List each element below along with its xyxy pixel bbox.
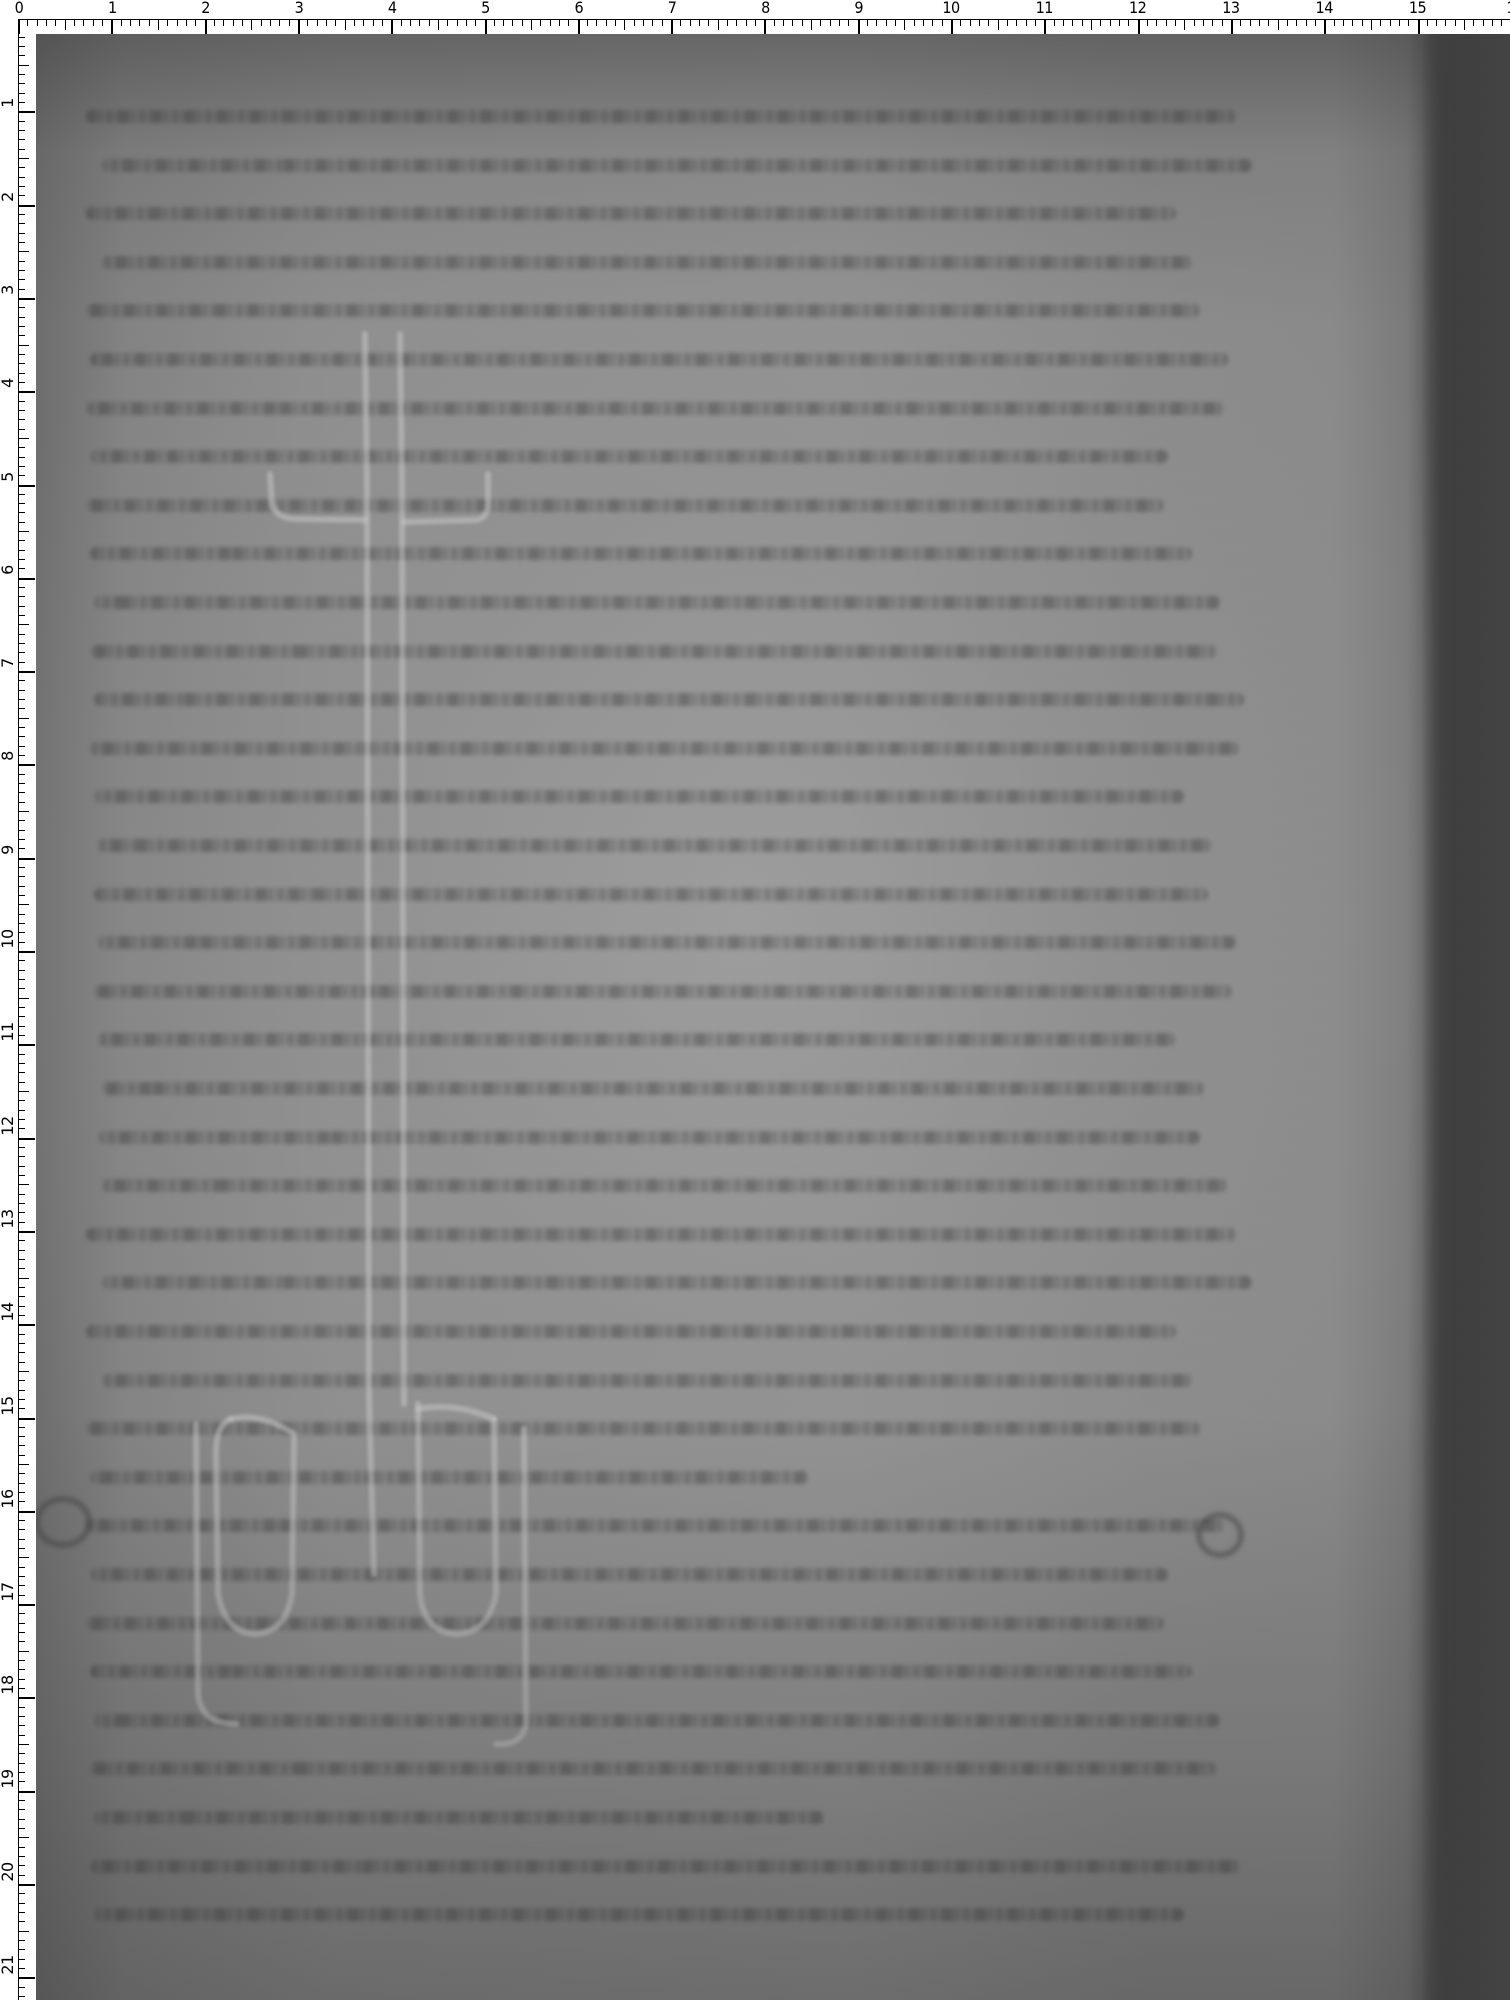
- left-ruler-tick: [18, 186, 25, 187]
- left-ruler-tick: [18, 1026, 25, 1027]
- left-ruler-tick: [18, 839, 25, 840]
- left-ruler-tick: [18, 615, 25, 616]
- left-ruler-tick: [18, 345, 29, 346]
- left-ruler-tick: [18, 1240, 25, 1241]
- left-ruler-tick: [18, 886, 25, 887]
- top-ruler-tick: [830, 19, 831, 26]
- top-ruler-label: 14: [1316, 0, 1333, 16]
- top-ruler-tick: [1464, 19, 1465, 30]
- left-ruler-tick: [18, 1707, 25, 1708]
- top-ruler-tick: [1315, 19, 1316, 26]
- top-ruler-tick: [466, 19, 467, 26]
- left-ruler-label: 17: [0, 1582, 16, 1601]
- left-ruler-label: 4: [0, 378, 16, 388]
- left-ruler-label: 11: [0, 1023, 16, 1042]
- left-ruler-tick: [18, 671, 35, 673]
- top-ruler-tick: [1026, 19, 1027, 26]
- left-ruler-tick: [18, 1194, 25, 1195]
- left-ruler-tick: [18, 1455, 25, 1456]
- top-ruler-tick: [755, 19, 756, 26]
- top-ruler-tick: [1035, 19, 1036, 26]
- top-ruler-tick: [858, 19, 860, 34]
- left-ruler-tick: [18, 1781, 25, 1782]
- left-ruler-tick: [18, 1959, 25, 1960]
- left-ruler-label: 10: [0, 929, 16, 948]
- left-ruler-tick: [18, 429, 25, 430]
- left-ruler-label: 18: [0, 1676, 16, 1695]
- top-ruler-tick: [158, 19, 159, 30]
- top-ruler-tick: [121, 19, 122, 26]
- left-ruler-tick: [18, 363, 25, 364]
- top-ruler-tick: [811, 19, 812, 30]
- left-ruler-tick: [18, 1501, 25, 1502]
- left-ruler-label: 12: [0, 1116, 16, 1135]
- top-ruler-tick: [149, 19, 150, 26]
- top-ruler-tick: [624, 19, 625, 30]
- top-ruler-tick: [1231, 19, 1233, 34]
- top-ruler-tick: [317, 19, 318, 26]
- left-ruler-tick: [18, 774, 25, 775]
- left-ruler-tick: [18, 1977, 35, 1979]
- top-ruler-label: 8: [761, 0, 770, 16]
- left-ruler-tick: [18, 1445, 25, 1446]
- left-ruler-tick: [18, 923, 25, 924]
- left-ruler-tick: [18, 214, 25, 215]
- top-ruler-tick: [699, 19, 700, 26]
- left-ruler-label: 20: [0, 1862, 16, 1881]
- top-ruler-tick: [1110, 19, 1111, 26]
- top-ruler-tick: [1287, 19, 1288, 26]
- top-ruler-tick: [401, 19, 402, 26]
- left-ruler-tick: [18, 1520, 25, 1521]
- top-ruler-tick: [1175, 19, 1176, 26]
- left-ruler-tick: [18, 568, 25, 569]
- top-ruler-tick: [475, 19, 476, 26]
- left-ruler-tick: [18, 1660, 25, 1661]
- left-ruler-tick: [18, 1296, 25, 1297]
- top-ruler-tick: [540, 19, 541, 26]
- left-ruler-label: 9: [0, 845, 16, 855]
- left-ruler-tick: [18, 307, 25, 308]
- left-ruler-tick: [18, 1362, 25, 1363]
- top-ruler-tick: [289, 19, 290, 26]
- top-ruler-tick: [1194, 19, 1195, 26]
- left-ruler-tick: [18, 914, 25, 915]
- left-ruler-tick: [18, 1334, 25, 1335]
- top-ruler-label: 11: [1036, 0, 1053, 16]
- top-ruler-tick: [298, 19, 300, 34]
- left-ruler-tick: [18, 876, 25, 877]
- top-ruler-tick: [802, 19, 803, 26]
- left-ruler-tick: [18, 1315, 25, 1316]
- left-ruler-tick: [18, 830, 25, 831]
- left-ruler-tick: [18, 1688, 25, 1689]
- left-ruler-tick: [18, 820, 25, 821]
- left-ruler-tick: [18, 1082, 25, 1083]
- left-ruler-tick: [18, 139, 25, 140]
- left-ruler-tick: [18, 1175, 25, 1176]
- left-ruler-tick: [18, 1343, 25, 1344]
- top-ruler-tick: [979, 19, 980, 26]
- left-ruler-tick: [18, 223, 25, 224]
- left-ruler-tick: [18, 65, 29, 66]
- top-ruler-tick: [83, 19, 84, 26]
- top-ruler-tick: [764, 19, 766, 34]
- top-ruler-tick: [643, 19, 644, 26]
- left-ruler-tick: [18, 1427, 25, 1428]
- left-ruler-tick: [18, 1679, 25, 1680]
- left-ruler-tick: [18, 802, 25, 803]
- left-ruler-tick: [18, 158, 29, 159]
- top-ruler-tick: [373, 19, 374, 26]
- left-ruler-tick: [18, 1091, 29, 1092]
- left-ruler-tick: [18, 1912, 25, 1913]
- left-ruler-tick: [18, 1772, 25, 1773]
- right-margin-ink-mark: [1196, 1512, 1244, 1558]
- top-ruler-tick: [1268, 19, 1269, 26]
- top-ruler-tick: [1100, 19, 1101, 26]
- top-ruler-tick: [1147, 19, 1148, 26]
- top-ruler-label: 3: [295, 0, 304, 16]
- left-ruler-label: 15: [0, 1396, 16, 1415]
- top-ruler-tick: [1278, 19, 1279, 30]
- left-ruler-tick: [18, 1725, 25, 1726]
- left-ruler-tick: [18, 1595, 25, 1596]
- top-ruler-tick: [354, 19, 355, 26]
- top-ruler-tick: [1119, 19, 1120, 26]
- top-ruler-tick: [205, 19, 207, 34]
- top-ruler-tick: [960, 19, 961, 26]
- left-ruler-tick: [18, 848, 25, 849]
- left-ruler-tick: [18, 447, 25, 448]
- left-ruler-tick: [18, 783, 25, 784]
- left-ruler-tick: [18, 1632, 25, 1633]
- left-ruler-tick: [18, 1035, 25, 1036]
- left-ruler-tick: [18, 559, 25, 560]
- left-ruler-tick: [18, 1184, 29, 1185]
- left-ruler-tick: [18, 1128, 25, 1129]
- top-ruler-tick: [596, 19, 597, 26]
- top-ruler-tick: [1501, 19, 1502, 26]
- left-ruler-tick: [18, 167, 25, 168]
- top-ruler-tick: [167, 19, 168, 26]
- left-ruler-tick: [18, 1996, 25, 1997]
- top-ruler-tick: [783, 19, 784, 26]
- left-ruler-tick: [18, 1585, 25, 1586]
- top-ruler-tick: [1362, 19, 1363, 26]
- left-ruler-tick: [18, 1418, 35, 1420]
- left-ruler-tick: [18, 1492, 25, 1493]
- left-ruler-tick: [18, 643, 25, 644]
- top-ruler-tick: [914, 19, 915, 26]
- top-ruler-tick: [1399, 19, 1400, 26]
- left-ruler-tick: [18, 531, 29, 532]
- top-ruler-tick: [1427, 19, 1428, 26]
- top-ruler-tick: [494, 19, 495, 26]
- left-ruler-label: 21: [0, 1956, 16, 1975]
- top-ruler-tick: [839, 19, 840, 26]
- left-ruler-tick: [18, 1380, 25, 1381]
- left-ruler-tick: [18, 1511, 35, 1513]
- left-ruler-tick: [18, 1884, 35, 1886]
- left-ruler-tick: [18, 1138, 35, 1140]
- left-ruler-tick: [18, 1735, 25, 1736]
- left-ruler-tick: [18, 1007, 25, 1008]
- top-ruler: 01234567891011121314151: [0, 0, 1510, 34]
- left-ruler-tick: [18, 205, 35, 207]
- left-ruler-label: 8: [0, 752, 16, 762]
- left-ruler-tick: [18, 942, 25, 943]
- top-ruler-tick: [727, 19, 728, 26]
- top-ruler-tick: [1492, 19, 1493, 26]
- left-ruler-tick: [18, 251, 29, 252]
- left-ruler-tick: [18, 1072, 25, 1073]
- left-ruler-tick: [18, 708, 25, 709]
- left-ruler-label: 7: [0, 658, 16, 668]
- left-ruler-tick: [18, 596, 25, 597]
- left-ruler-tick: [18, 746, 25, 747]
- left-ruler-tick: [18, 149, 25, 150]
- top-ruler-tick: [345, 19, 346, 30]
- left-ruler-tick: [18, 1464, 29, 1465]
- top-ruler-tick: [522, 19, 523, 26]
- top-ruler-tick: [102, 19, 103, 26]
- left-ruler-tick: [18, 1716, 25, 1717]
- left-ruler-tick: [18, 1856, 25, 1857]
- left-ruler-tick: [18, 391, 35, 393]
- left-ruler-tick: [18, 1259, 25, 1260]
- top-ruler-tick: [485, 19, 487, 34]
- left-ruler-tick: [18, 1016, 25, 1017]
- top-ruler-label: 0: [15, 0, 24, 16]
- left-ruler-tick: [18, 1949, 25, 1950]
- top-ruler-tick: [1483, 19, 1484, 26]
- top-ruler-tick: [718, 19, 719, 30]
- left-ruler-tick: [18, 1054, 25, 1055]
- left-ruler-tick: [18, 1268, 25, 1269]
- top-ruler-tick: [680, 19, 681, 26]
- left-ruler-tick: [18, 1753, 25, 1754]
- top-ruler-tick: [410, 19, 411, 26]
- left-ruler-tick: [18, 998, 29, 999]
- top-ruler-label: 15: [1409, 0, 1426, 16]
- top-ruler-tick: [708, 19, 709, 26]
- left-ruler-tick: [18, 130, 25, 131]
- dark-background-band: [1421, 34, 1510, 2000]
- left-ruler-tick: [18, 792, 25, 793]
- top-ruler-tick: [326, 19, 327, 26]
- top-ruler-tick: [111, 19, 113, 34]
- left-ruler-tick: [18, 1203, 25, 1204]
- top-ruler-tick: [391, 19, 393, 34]
- left-ruler-tick: [18, 764, 35, 766]
- left-ruler-tick: [18, 1931, 29, 1932]
- left-ruler-tick: [18, 1613, 25, 1614]
- top-ruler-tick: [382, 19, 383, 26]
- left-ruler-tick: [18, 1837, 29, 1838]
- left-ruler-tick: [18, 1371, 29, 1372]
- left-ruler-tick: [18, 1473, 25, 1474]
- left-ruler-tick: [18, 979, 25, 980]
- top-ruler-tick: [457, 19, 458, 26]
- manuscript-scan: [36, 34, 1510, 2000]
- top-ruler-tick: [904, 19, 905, 30]
- top-ruler-tick: [429, 19, 430, 26]
- top-ruler-tick: [438, 19, 439, 30]
- left-ruler-tick: [18, 624, 29, 625]
- left-ruler-tick: [18, 317, 25, 318]
- left-ruler-label: 6: [0, 565, 16, 575]
- top-ruler-tick: [447, 19, 448, 26]
- left-ruler-tick: [18, 904, 29, 905]
- left-ruler-tick: [18, 550, 25, 551]
- left-ruler-label: 2: [0, 192, 16, 202]
- top-ruler-tick: [270, 19, 271, 26]
- top-ruler-tick: [1418, 19, 1420, 34]
- left-ruler-tick: [18, 1156, 25, 1157]
- top-ruler-tick: [1016, 19, 1017, 26]
- left-ruler-tick: [18, 74, 25, 75]
- left-ruler-tick: [18, 1968, 25, 1969]
- left-ruler-tick: [18, 1651, 29, 1652]
- top-ruler-tick: [792, 19, 793, 26]
- left-ruler-tick: [18, 466, 25, 467]
- left-ruler-tick: [18, 494, 25, 495]
- top-ruler-tick: [746, 19, 747, 26]
- top-ruler-tick: [820, 19, 821, 26]
- top-ruler-tick: [1436, 19, 1437, 26]
- left-ruler-tick: [18, 102, 25, 103]
- left-ruler-label: 3: [0, 285, 16, 295]
- top-ruler-label: 5: [481, 0, 490, 16]
- left-ruler-tick: [18, 1875, 25, 1876]
- left-ruler-tick: [18, 1483, 25, 1484]
- top-ruler-label: 6: [574, 0, 583, 16]
- left-ruler-tick: [18, 1100, 25, 1101]
- left-ruler-tick: [18, 951, 35, 953]
- top-ruler-label: 4: [388, 0, 397, 16]
- top-ruler-tick: [876, 19, 877, 26]
- top-ruler-tick: [774, 19, 775, 26]
- top-ruler-tick: [942, 19, 943, 26]
- top-ruler-tick: [1044, 19, 1046, 34]
- top-ruler-tick: [233, 19, 234, 26]
- left-ruler-tick: [18, 401, 25, 402]
- top-ruler-tick: [1063, 19, 1064, 26]
- top-ruler-tick: [988, 19, 989, 26]
- left-ruler-tick: [18, 195, 25, 196]
- left-ruler-label: 16: [0, 1489, 16, 1508]
- top-ruler-tick: [335, 19, 336, 26]
- left-ruler-tick: [18, 1352, 25, 1353]
- top-ruler-tick: [951, 19, 953, 34]
- left-ruler-tick: [18, 1044, 35, 1046]
- left-ruler-tick: [18, 410, 25, 411]
- top-ruler-label: 12: [1129, 0, 1146, 16]
- left-ruler-tick: [18, 634, 25, 635]
- top-ruler-tick: [1072, 19, 1073, 26]
- left-ruler-tick: [18, 111, 35, 113]
- left-ruler-tick: [18, 1287, 25, 1288]
- top-ruler-tick: [1091, 19, 1092, 30]
- left-ruler-tick: [18, 512, 25, 513]
- left-ruler-tick: [18, 1119, 25, 1120]
- top-ruler-tick: [1212, 19, 1213, 26]
- top-ruler-tick: [1240, 19, 1241, 26]
- top-ruler-tick: [1166, 19, 1167, 26]
- top-ruler-tick: [867, 19, 868, 26]
- left-ruler-tick: [18, 1865, 25, 1866]
- left-ruler-tick: [18, 438, 29, 439]
- top-ruler-tick: [662, 19, 663, 26]
- top-ruler-tick: [634, 19, 635, 26]
- top-ruler-tick: [1445, 19, 1446, 26]
- left-ruler-tick: [18, 1548, 25, 1549]
- top-ruler-tick: [27, 19, 28, 26]
- top-ruler-tick: [531, 19, 532, 30]
- top-ruler-tick: [251, 19, 252, 30]
- left-ruler-tick: [18, 1576, 25, 1577]
- top-ruler-tick: [1324, 19, 1326, 34]
- trident-watermark: [36, 34, 1510, 2000]
- top-ruler-tick: [177, 19, 178, 26]
- top-ruler-tick: [1054, 19, 1055, 26]
- top-ruler-tick: [512, 19, 513, 26]
- left-ruler-tick: [18, 895, 25, 896]
- top-ruler-tick: [1184, 19, 1185, 30]
- left-ruler-tick: [18, 540, 25, 541]
- left-ruler-tick: [18, 1847, 25, 1848]
- left-ruler-tick: [18, 1641, 25, 1642]
- left-ruler-tick: [18, 988, 25, 989]
- left-ruler-tick: [18, 270, 25, 271]
- left-ruler-tick: [18, 652, 25, 653]
- top-ruler-tick: [1203, 19, 1204, 26]
- left-ruler-tick: [18, 587, 25, 588]
- left-ruler-tick: [18, 1828, 25, 1829]
- left-ruler-tick: [18, 298, 35, 300]
- top-ruler-tick: [1156, 19, 1157, 26]
- top-ruler-tick: [363, 19, 364, 26]
- top-ruler-tick: [1380, 19, 1381, 26]
- left-ruler-tick: [18, 177, 25, 178]
- left-ruler-tick: [18, 1110, 25, 1111]
- top-ruler-tick: [932, 19, 933, 26]
- left-ruler-tick: [18, 1529, 25, 1530]
- left-ruler-tick: [18, 1809, 25, 1810]
- left-ruler-tick: [18, 37, 25, 38]
- top-ruler-label: 1: [1506, 0, 1510, 16]
- top-ruler-tick: [848, 19, 849, 26]
- left-ruler-tick: [18, 1399, 25, 1400]
- left-ruler-tick: [18, 1604, 35, 1606]
- left-ruler-tick: [18, 606, 25, 607]
- top-ruler-tick: [1138, 19, 1140, 34]
- top-ruler-tick: [923, 19, 924, 26]
- left-ruler-tick: [18, 1800, 25, 1801]
- left-ruler-tick: [18, 1567, 25, 1568]
- left-ruler-tick: [18, 578, 35, 580]
- top-ruler-tick: [895, 19, 896, 26]
- top-ruler-tick: [74, 19, 75, 26]
- left-ruler-tick: [18, 1250, 25, 1251]
- top-ruler-tick: [1455, 19, 1456, 26]
- left-ruler-tick: [18, 93, 25, 94]
- left-ruler-tick: [18, 970, 25, 971]
- top-ruler-tick: [736, 19, 737, 26]
- left-ruler-tick: [18, 1921, 25, 1922]
- top-ruler-label: 10: [942, 0, 959, 16]
